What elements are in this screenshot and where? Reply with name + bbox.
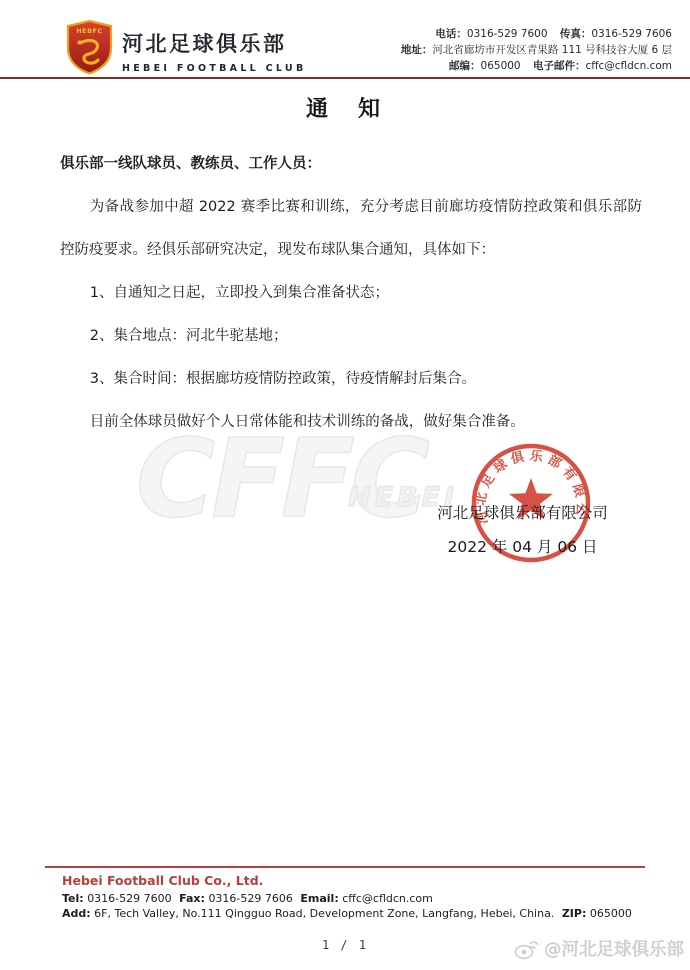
contact-line-address: 地址：河北省廊坊市开发区青果路 111 号科技谷大厦 6 层 (401, 42, 672, 58)
club-name-cn: 河北足球俱乐部 (122, 28, 306, 58)
document-body: 俱乐部一线队球员、教练员、工作人员： 为备战参加中超 2022 赛季比赛和训练，… (60, 143, 642, 444)
signature-block: 河北足球俱乐部有限公司 2022 年 04 月 06 日 (415, 496, 630, 564)
club-name-block: 河北足球俱乐部 HEBEI FOOTBALL CLUB (122, 28, 306, 74)
contact-line-zip-email: 邮编：065000 电子邮件：cffc@cfldcn.com (401, 58, 672, 74)
zip-label: 邮编： (449, 60, 481, 72)
signature-date: 2022 年 04 月 06 日 (415, 530, 630, 564)
fax-label: 传真： (560, 28, 592, 40)
footer-tel-line: Tel: 0316-529 7600 Fax: 0316-529 7606 Em… (62, 891, 636, 906)
club-name-en: HEBEI FOOTBALL CLUB (122, 63, 306, 74)
list-item-2: 2、集合地点：河北牛驼基地； (60, 315, 642, 358)
contact-line-phone-fax: 电话：0316-529 7600 传真：0316-529 7606 (401, 26, 672, 42)
email-label: 电子邮件： (533, 60, 586, 72)
weibo-watermark: @河北足球俱乐部 (514, 936, 684, 961)
header-contact-block: 电话：0316-529 7600 传真：0316-529 7606 地址：河北省… (401, 26, 672, 74)
email-label-en: Email: (300, 892, 338, 905)
fax-value: 0316-529 7606 (591, 28, 672, 40)
email-value: cffc@cfldcn.com (585, 60, 672, 72)
footer-divider (45, 866, 645, 868)
fax-label-en: Fax: (179, 892, 205, 905)
list-item-3: 3、集合时间：根据廊坊疫情防控政策，待疫情解封后集合。 (60, 358, 642, 401)
add-value-en: 6F, Tech Valley, No.111 Qingguo Road, De… (94, 907, 554, 920)
address-value: 河北省廊坊市开发区青果路 111 号科技谷大厦 6 层 (432, 44, 672, 56)
paragraph: 为备战参加中超 2022 赛季比赛和训练，充分考虑目前廊坊疫情防控政策和俱乐部防… (60, 186, 642, 272)
tel-label-en: Tel: (62, 892, 84, 905)
notice-document-page: HEBFC 河北足球俱乐部 HEBEI FOOTBALL CLUB 电话：031… (0, 0, 690, 970)
phone-label: 电话： (435, 28, 467, 40)
fax-value-en: 0316-529 7606 (208, 892, 292, 905)
club-logo: HEBFC (66, 19, 113, 79)
list-item-1: 1、自通知之日起，立即投入到集合准备状态； (60, 272, 642, 315)
document-title: 通 知 (0, 92, 690, 123)
footer-address-line: Add: 6F, Tech Valley, No.111 Qingguo Roa… (62, 906, 636, 921)
weibo-icon (514, 938, 540, 960)
closing-paragraph: 目前全体球员做好个人日常体能和技术训练的备战，做好集合准备。 (60, 401, 642, 444)
address-label: 地址： (401, 44, 433, 56)
footer-contact-block: Hebei Football Club Co., Ltd. Tel: 0316-… (62, 873, 636, 921)
signature-company: 河北足球俱乐部有限公司 (415, 496, 630, 530)
svg-text:HEBFC: HEBFC (76, 27, 103, 35)
email-value-en: cffc@cfldcn.com (342, 892, 433, 905)
club-crest-icon: HEBFC (66, 19, 113, 75)
footer-company-name: Hebei Football Club Co., Ltd. (62, 873, 636, 888)
zip-value-en: 065000 (590, 907, 632, 920)
add-label-en: Add: (62, 907, 91, 920)
zip-value: 065000 (481, 60, 521, 72)
phone-value: 0316-529 7600 (467, 28, 548, 40)
header-divider (0, 77, 690, 79)
salutation: 俱乐部一线队球员、教练员、工作人员： (60, 143, 642, 186)
zip-label-en: ZIP: (562, 907, 587, 920)
weibo-handle: @河北足球俱乐部 (544, 936, 684, 961)
tel-value-en: 0316-529 7600 (87, 892, 171, 905)
